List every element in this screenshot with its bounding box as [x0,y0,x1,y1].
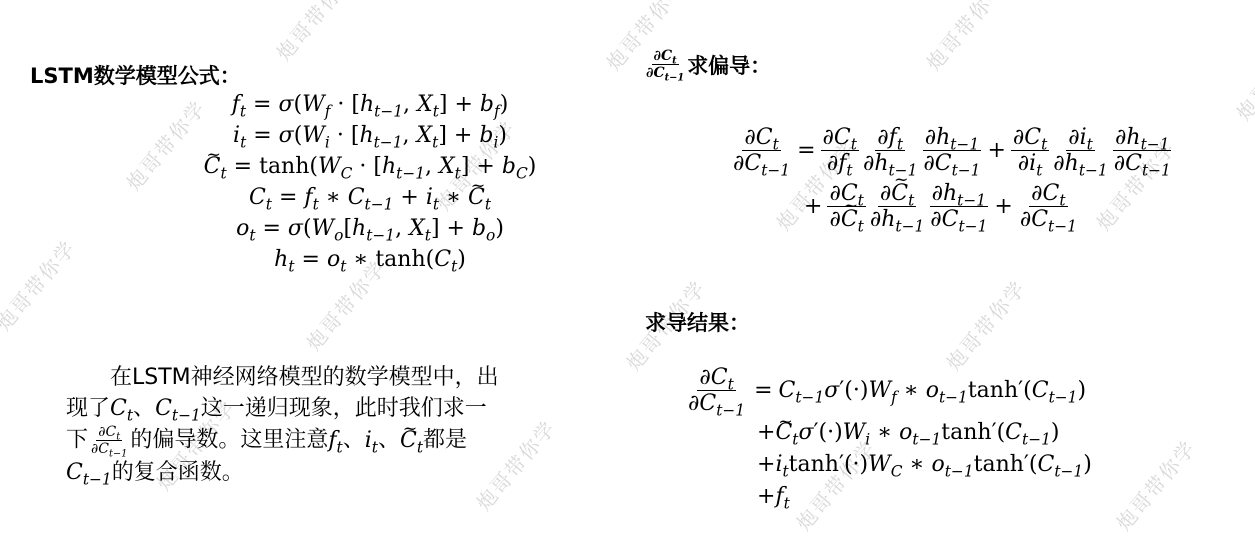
explanation-paragraph: 在LSTM神经网络模型的数学模型中，出 现了Ct、Ct−1这一递归现象，此时我们… [66,362,566,488]
derivative-result: ∂Ct∂Ct−1 = Ct−1σ′(·)Wf ∗ ot−1tanh′(Ct−1)… [685,365,1092,513]
watermark: 炮哥带你学 [1229,23,1255,126]
paragraph-text: 、 [378,428,400,453]
math-inline: Ct [400,428,423,453]
forget-gate-equation: ft = σ(Wf · [ht−1, Xt] + bf) [150,89,590,120]
math-inline: Ct−1 [155,396,201,421]
watermark: 炮哥带你学 [1109,433,1202,536]
paragraph-text: 现了 [66,396,110,421]
paragraph-text: 的复合函数。 [112,460,244,485]
output-gate-equation: ot = σ(Wo[ht−1, Xt] + bo) [150,213,590,244]
watermark: 炮哥带你学 [939,273,1032,376]
watermark: 炮哥带你学 [919,0,1012,76]
paragraph-text: 这一递归现象，此时我们求一 [201,396,487,421]
inline-partial-fraction: ∂Ct∂Ct−1 [89,424,129,457]
derivative-expansion: ∂Ct∂Ct−1 = ∂Ct∂ft ∂ft∂ht−1 ∂ht−1∂Ct−1 + … [730,125,1174,232]
paragraph-text: 都是 [423,428,467,453]
lstm-equations: ft = σ(Wf · [ht−1, Xt] + bf) it = σ(Wi ·… [150,89,590,275]
math-inline: ft [328,428,342,453]
cell-state-equation: Ct = ft ∗ Ct−1 + it ∗ Ct [150,182,590,213]
paragraph-line-1: 在LSTM神经网络模型的数学模型中，出 [110,365,499,390]
heading-suffix: 求偏导： [687,50,771,80]
watermark: 炮哥带你学 [0,233,81,336]
heading-fraction: ∂Ct∂Ct−1 [644,48,686,81]
paragraph-text: 下 [66,428,88,453]
result-heading: 求导结果： [645,307,750,337]
hidden-state-equation: ht = ot ∗ tanh(Ct) [150,244,590,275]
partial-derivative-heading: ∂Ct∂Ct−1 求偏导： [643,48,771,81]
candidate-cell-equation: Ct = tanh(WC · [ht−1, Xt] + bC) [150,151,590,182]
lstm-formula-heading: LSTM数学模型公式： [30,60,241,90]
math-inline: it [365,428,378,453]
paragraph-text: 、 [133,396,155,421]
watermark: 炮哥带你学 [269,0,362,66]
paragraph-text: 的偏导数。这里注意 [130,428,328,453]
math-inline: Ct [110,396,133,421]
paragraph-text: 、 [343,428,365,453]
math-inline: Ct−1 [66,460,112,485]
